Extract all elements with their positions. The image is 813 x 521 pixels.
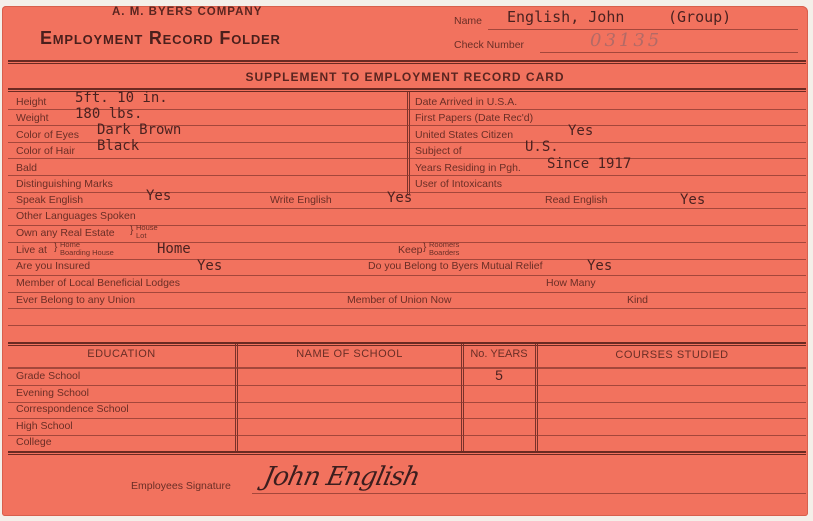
- live-at-option-boarding: Boarding House: [60, 249, 114, 256]
- check-number-label: Check Number: [454, 39, 524, 51]
- height-label: Height: [16, 96, 46, 108]
- speak-english-field[interactable]: Yes: [146, 188, 171, 204]
- bald-label: Bald: [16, 162, 37, 174]
- write-english-field[interactable]: Yes: [387, 190, 412, 206]
- education-level: Grade School: [16, 370, 80, 382]
- speak-english-label: Speak English: [16, 194, 83, 206]
- insured-label: Are you Insured: [16, 260, 90, 272]
- school-name-header: NAME OF SCHOOL: [238, 348, 461, 360]
- eye-color-label: Color of Eyes: [16, 129, 79, 141]
- rule: [8, 175, 806, 176]
- company-name: A. M. BYERS COMPANY: [112, 6, 262, 18]
- form-title: Employment Record Folder: [40, 28, 281, 49]
- education-level: High School: [16, 420, 73, 432]
- distinguishing-marks-label: Distinguishing Marks: [16, 178, 113, 190]
- other-languages-label: Other Languages Spoken: [16, 210, 136, 222]
- rule: [8, 242, 806, 243]
- column-divider: [407, 92, 408, 194]
- education-level: College: [16, 436, 52, 448]
- weight-field[interactable]: 180 lbs.: [75, 106, 142, 122]
- union-kind-label: Kind: [627, 294, 648, 306]
- hair-color-field[interactable]: Black: [97, 138, 139, 154]
- years-header: No. YEARS: [463, 348, 535, 360]
- subject-of-label: Subject of: [415, 145, 462, 157]
- read-english-field[interactable]: Yes: [680, 192, 705, 208]
- height-field[interactable]: 5ft. 10 in.: [75, 90, 168, 106]
- real-estate-label: Own any Real Estate: [16, 227, 115, 239]
- live-at-field[interactable]: Home: [157, 241, 191, 257]
- rule: [8, 325, 806, 326]
- live-at-option-home: Home: [60, 241, 80, 248]
- date-arrived-label: Date Arrived in U.S.A.: [415, 96, 517, 108]
- rule: [8, 158, 806, 159]
- real-estate-option-house: House: [136, 224, 158, 231]
- lodges-label: Member of Local Beneficial Lodges: [16, 277, 180, 289]
- rule: [8, 418, 806, 419]
- rule: [8, 275, 806, 276]
- education-level: Evening School: [16, 387, 89, 399]
- live-at-label: Live at: [16, 244, 47, 256]
- name-field[interactable]: English, John: [507, 8, 624, 26]
- check-number-field[interactable]: 03135: [590, 30, 662, 51]
- divider: [8, 60, 806, 64]
- supplement-title: SUPPLEMENT TO EMPLOYMENT RECORD CARD: [2, 70, 808, 84]
- mutual-relief-label: Do you Belong to Byers Mutual Relief: [368, 260, 543, 272]
- hair-color-label: Color of Hair: [16, 145, 75, 157]
- keep-option-roomers: Roomers: [429, 241, 459, 248]
- weight-label: Weight: [16, 112, 49, 124]
- brace: }: [130, 225, 133, 236]
- rule: [8, 435, 806, 436]
- intoxicants-label: User of Intoxicants: [415, 178, 502, 190]
- keep-option-boarders: Boarders: [429, 249, 459, 256]
- check-underline: [540, 52, 798, 53]
- signature-field[interactable]: John English: [261, 462, 422, 492]
- real-estate-option-lot: Lot: [136, 232, 146, 239]
- citizen-field[interactable]: Yes: [568, 123, 593, 139]
- rule: [8, 225, 806, 226]
- years-field[interactable]: 5: [463, 367, 535, 383]
- divider: [8, 451, 806, 455]
- mutual-relief-field[interactable]: Yes: [587, 258, 612, 274]
- subject-of-field[interactable]: U.S.: [525, 139, 559, 155]
- brace: }: [54, 242, 57, 253]
- rule: [8, 308, 806, 309]
- years-residing-field[interactable]: Since 1917: [547, 156, 631, 172]
- read-english-label: Read English: [545, 194, 607, 206]
- courses-header: COURSES STUDIED: [538, 349, 806, 361]
- signature-underline: [252, 493, 806, 494]
- rule: [8, 208, 806, 209]
- keep-label: Keep: [398, 244, 423, 256]
- years-residing-label: Years Residing in Pgh.: [415, 162, 521, 174]
- eye-color-field[interactable]: Dark Brown: [97, 122, 181, 138]
- rule: [8, 385, 806, 386]
- rule: [8, 367, 806, 369]
- rule: [8, 292, 806, 293]
- brace: }: [423, 242, 426, 253]
- first-papers-label: First Papers (Date Rec'd): [415, 112, 533, 124]
- insured-field[interactable]: Yes: [197, 258, 222, 274]
- union-label: Ever Belong to any Union: [16, 294, 135, 306]
- employment-record-card: A. M. BYERS COMPANY Employment Record Fo…: [2, 6, 808, 516]
- education-header: EDUCATION: [8, 348, 235, 360]
- name-label: Name: [454, 15, 482, 27]
- citizen-label: United States Citizen: [415, 129, 513, 141]
- union-now-label: Member of Union Now: [347, 294, 451, 306]
- name-group: (Group): [668, 8, 731, 26]
- divider: [8, 342, 806, 346]
- how-many-label: How Many: [546, 277, 596, 289]
- write-english-label: Write English: [270, 194, 332, 206]
- signature-label: Employees Signature: [131, 480, 231, 492]
- education-level: Correspondence School: [16, 403, 129, 415]
